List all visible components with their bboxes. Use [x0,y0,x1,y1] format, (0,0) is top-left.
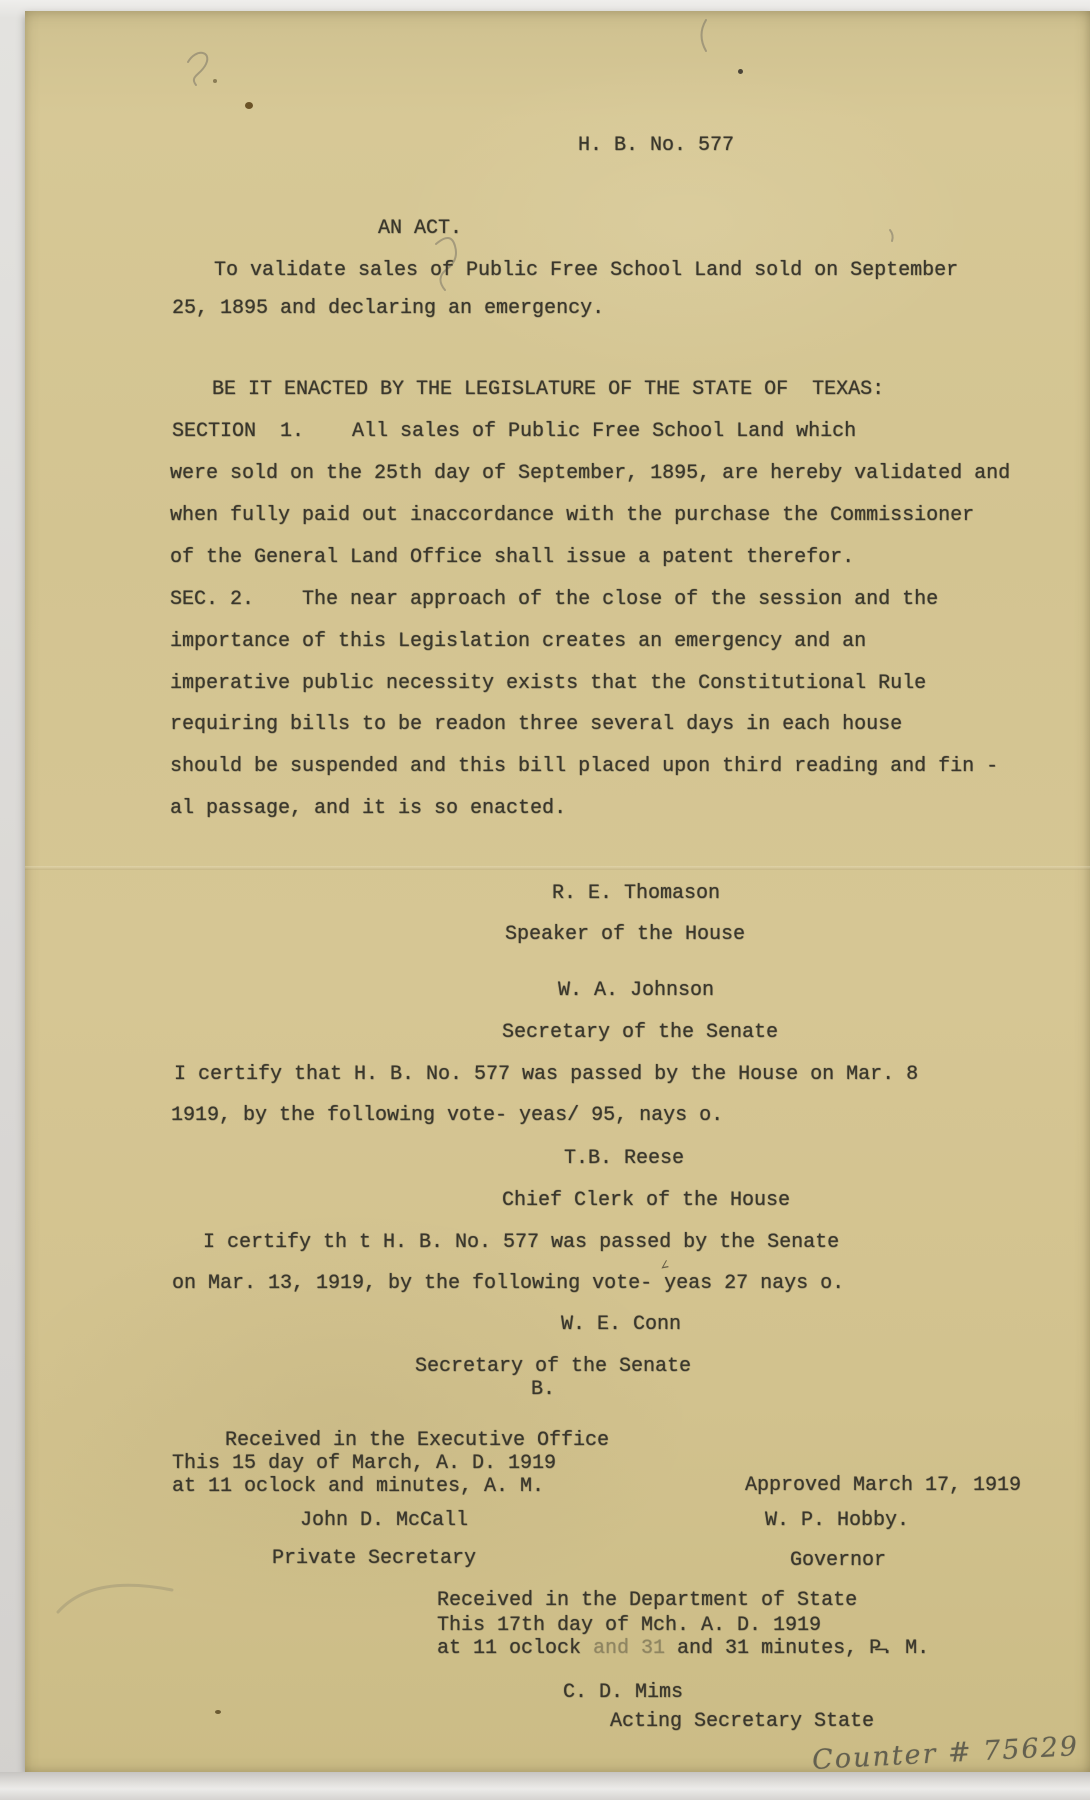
house-certification-line-2: 1919, by the following vote- yeas/ 95, n… [171,1105,723,1127]
dept-state-received-line-3: at 11 oclock and 31 and 31 minutes, P̶. … [437,1638,929,1660]
enacting-clause: BE IT ENACTED BY THE LEGISLATURE OF THE … [212,379,884,401]
section2-line-2: importance of this Legislation creates a… [170,631,866,653]
bill-number: H. B. No. 577 [578,135,734,157]
section2-line-3: imperative public necessity exists that … [170,673,926,695]
section2-line-1: SEC. 2. The near approach of the close o… [170,589,938,611]
section2-line-5: should be suspended and this bill placed… [170,756,998,778]
fold-crease [25,866,1090,870]
section1-line-3: when fully paid out inaccordance with th… [170,505,974,527]
dept-state-time-meridiem: P̶. M. [869,1637,929,1660]
senate-secretary1-title: Secretary of the Senate [502,1022,778,1044]
ink-speck [245,102,253,109]
house-clerk-title: Chief Clerk of the House [502,1190,790,1212]
document-scan: H. B. No. 577 AN ACT. To validate sales … [0,0,1090,1800]
executive-office-received-line-1: Received in the Executive Office [225,1430,609,1452]
acting-secretary-title: Acting Secretary State [610,1711,874,1733]
senate-secretary2-title: Secretary of the Senate [415,1356,691,1378]
senate-certification-line-2: on Mar. 13, 1919, by the following vote-… [172,1273,844,1295]
scanner-background [0,1772,1090,1800]
approved-date: Approved March 17, 1919 [745,1475,1021,1497]
section2-line-6: al passage, and it is so enacted. [170,798,566,820]
dept-state-time-faded-overstrike: and 31 [593,1637,665,1660]
private-secretary-title: Private Secretary [272,1548,476,1570]
governor-title: Governor [790,1550,886,1572]
executive-office-received-line-3: at 11 oclock and minutes, A. M. [172,1476,544,1498]
stray-character: B. [531,1379,555,1401]
caption-line-2: 25, 1895 and declaring an emergency. [172,298,604,320]
speaker-name: R. E. Thomason [552,883,720,905]
governor-name: W. P. Hobby. [765,1510,909,1532]
caption-line-1: To validate sales of Public Free School … [214,260,958,282]
private-secretary-name: John D. McCall [300,1510,468,1532]
section1-line-2: were sold on the 25th day of September, … [170,463,1010,485]
dept-state-time-part1: at 11 oclock [437,1637,593,1660]
act-heading: AN ACT. [378,218,462,240]
senate-secretary2-name: W. E. Conn [561,1314,681,1336]
ink-speck [213,79,217,83]
senate-secretary1-name: W. A. Johnson [558,980,714,1002]
house-certification-line-1: I certify that H. B. No. 577 was passed … [174,1064,918,1086]
speaker-title: Speaker of the House [505,924,745,946]
dept-state-received-line-2: This 17th day of Mch. A. D. 1919 [437,1615,821,1637]
dept-state-time-part2: and 31 minutes, [665,1637,869,1660]
section2-line-4: requiring bills to be readon three sever… [170,714,902,736]
dept-state-received-line-1: Received in the Department of State [437,1590,857,1612]
executive-office-received-line-2: This 15 day of March, A. D. 1919 [172,1453,556,1475]
acting-secretary-name: C. D. Mims [563,1682,683,1704]
ink-speck [738,69,743,74]
ink-speck [215,1710,221,1714]
section1-line-1: SECTION 1. All sales of Public Free Scho… [172,421,856,443]
house-clerk-name: T.B. Reese [564,1148,684,1170]
section1-line-4: of the General Land Office shall issue a… [170,547,854,569]
senate-certification-line-1: I certify th t H. B. No. 577 was passed … [203,1232,839,1254]
